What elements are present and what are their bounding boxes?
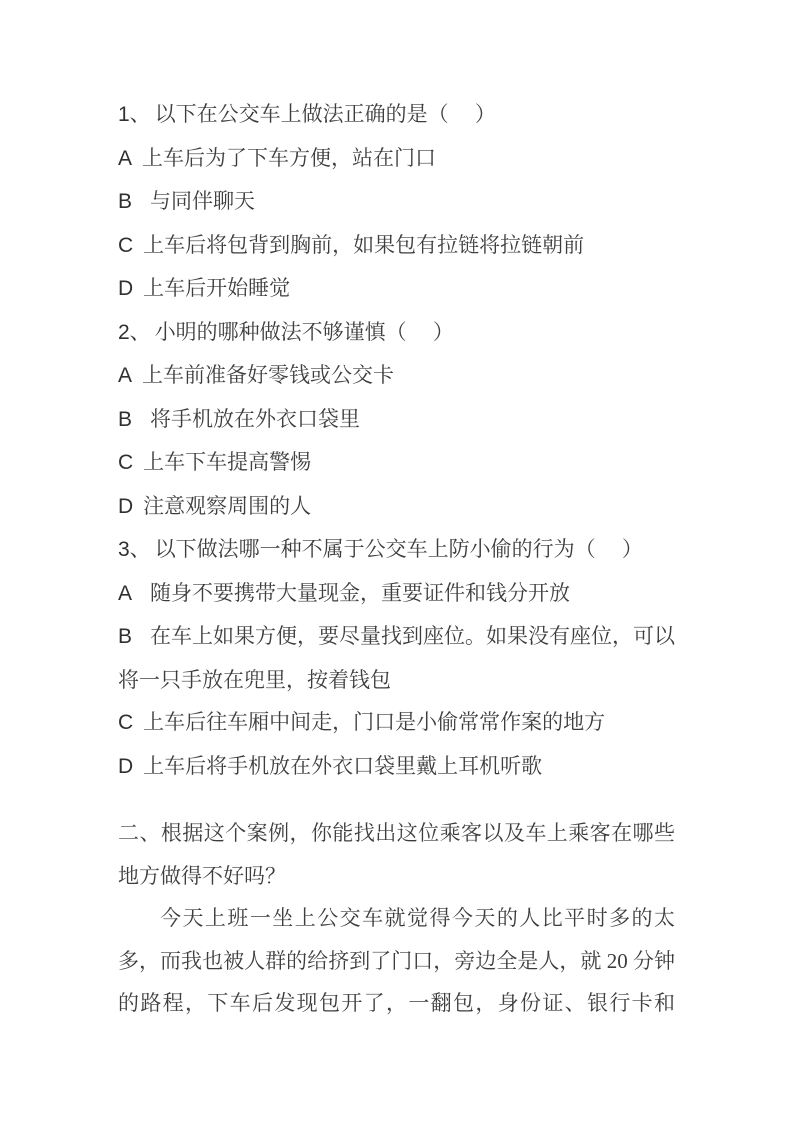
section-two: 二、根据这个案例，你能找出这位乘客以及车上乘客在哪些地方做得不好吗？ 今天上班一…	[118, 812, 675, 1025]
question-2-option-c: C上车下车提高警惕	[118, 441, 675, 485]
question-2-number: 2、	[118, 321, 155, 344]
option-label-a: A	[118, 582, 150, 605]
question-3-stem: 以下做法哪一种不属于公交车上防小偷的行为（ ）	[155, 537, 643, 561]
option-label-c: C	[118, 711, 143, 734]
question-block-3: 3、以下做法哪一种不属于公交车上防小偷的行为（ ） A随身不要携带大量现金，重要…	[118, 528, 675, 788]
document-page: 1、以下在公交车上做法正确的是（ ） A上车后为了下车方便，站在门口 B与同伴聊…	[0, 0, 793, 1122]
option-label-d: D	[118, 495, 143, 518]
question-1-option-d: D上车后开始睡觉	[118, 267, 675, 311]
question-2-option-b: B将手机放在外衣口袋里	[118, 398, 675, 442]
question-3-stem-line: 3、以下做法哪一种不属于公交车上防小偷的行为（ ）	[118, 528, 675, 572]
section-two-heading: 二、根据这个案例，你能找出这位乘客以及车上乘客在哪些地方做得不好吗？	[118, 812, 675, 897]
option-label-a: A	[118, 364, 142, 387]
question-2-option-d: D注意观察周围的人	[118, 485, 675, 529]
question-3-option-c: C上车后往车厢中间走，门口是小偷常常作案的地方	[118, 701, 675, 745]
option-text: 上车后为了下车方便，站在门口	[142, 146, 436, 170]
question-2-stem-line: 2、小明的哪种做法不够谨慎（ ）	[118, 311, 675, 355]
option-text: 将手机放在外衣口袋里	[150, 407, 360, 431]
question-block-2: 2、小明的哪种做法不够谨慎（ ） A上车前准备好零钱或公交卡 B将手机放在外衣口…	[118, 311, 675, 529]
question-1-number: 1、	[118, 103, 155, 126]
question-1-stem: 以下在公交车上做法正确的是（ ）	[155, 102, 496, 126]
option-text: 上车后往车厢中间走，门口是小偷常常作案的地方	[143, 710, 605, 734]
section-gap	[118, 788, 675, 812]
option-label-c: C	[118, 234, 143, 257]
option-label-c: C	[118, 451, 143, 474]
option-text: 注意观察周围的人	[143, 494, 311, 518]
option-text: 在车上如果方便，要尽量找到座位。如果没有座位，可以将一只手放在兜里，按着钱包	[118, 624, 675, 692]
option-label-a: A	[118, 147, 142, 170]
question-1-stem-line: 1、以下在公交车上做法正确的是（ ）	[118, 93, 675, 137]
option-label-b: B	[118, 625, 150, 648]
question-1-option-a: A上车后为了下车方便，站在门口	[118, 137, 675, 181]
option-label-b: B	[118, 408, 150, 431]
option-text: 上车后将手机放在外衣口袋里戴上耳机听歌	[143, 754, 542, 778]
option-text: 上车后开始睡觉	[143, 276, 290, 300]
option-label-d: D	[118, 277, 143, 300]
question-1-option-b: B与同伴聊天	[118, 180, 675, 224]
question-3-option-a: A随身不要携带大量现金，重要证件和钱分开放	[118, 572, 675, 616]
option-text: 上车下车提高警惕	[143, 450, 311, 474]
question-3-number: 3、	[118, 538, 155, 561]
question-block-1: 1、以下在公交车上做法正确的是（ ） A上车后为了下车方便，站在门口 B与同伴聊…	[118, 93, 675, 311]
option-text: 随身不要携带大量现金，重要证件和钱分开放	[150, 581, 570, 605]
question-3-option-b: B在车上如果方便，要尽量找到座位。如果没有座位，可以将一只手放在兜里，按着钱包	[118, 615, 675, 701]
question-3-option-d: D上车后将手机放在外衣口袋里戴上耳机听歌	[118, 745, 675, 789]
question-2-stem: 小明的哪种做法不够谨慎（ ）	[155, 320, 454, 344]
option-text: 与同伴聊天	[150, 189, 255, 213]
option-text: 上车后将包背到胸前，如果包有拉链将拉链朝前	[143, 233, 584, 257]
question-2-option-a: A上车前准备好零钱或公交卡	[118, 354, 675, 398]
option-text: 上车前准备好零钱或公交卡	[142, 363, 394, 387]
option-label-b: B	[118, 190, 150, 213]
option-label-d: D	[118, 755, 143, 778]
question-1-option-c: C上车后将包背到胸前，如果包有拉链将拉链朝前	[118, 224, 675, 268]
case-paragraph: 今天上班一坐上公交车就觉得今天的人比平时多的太多，而我也被人群的给挤到了门口，旁…	[118, 897, 675, 1025]
